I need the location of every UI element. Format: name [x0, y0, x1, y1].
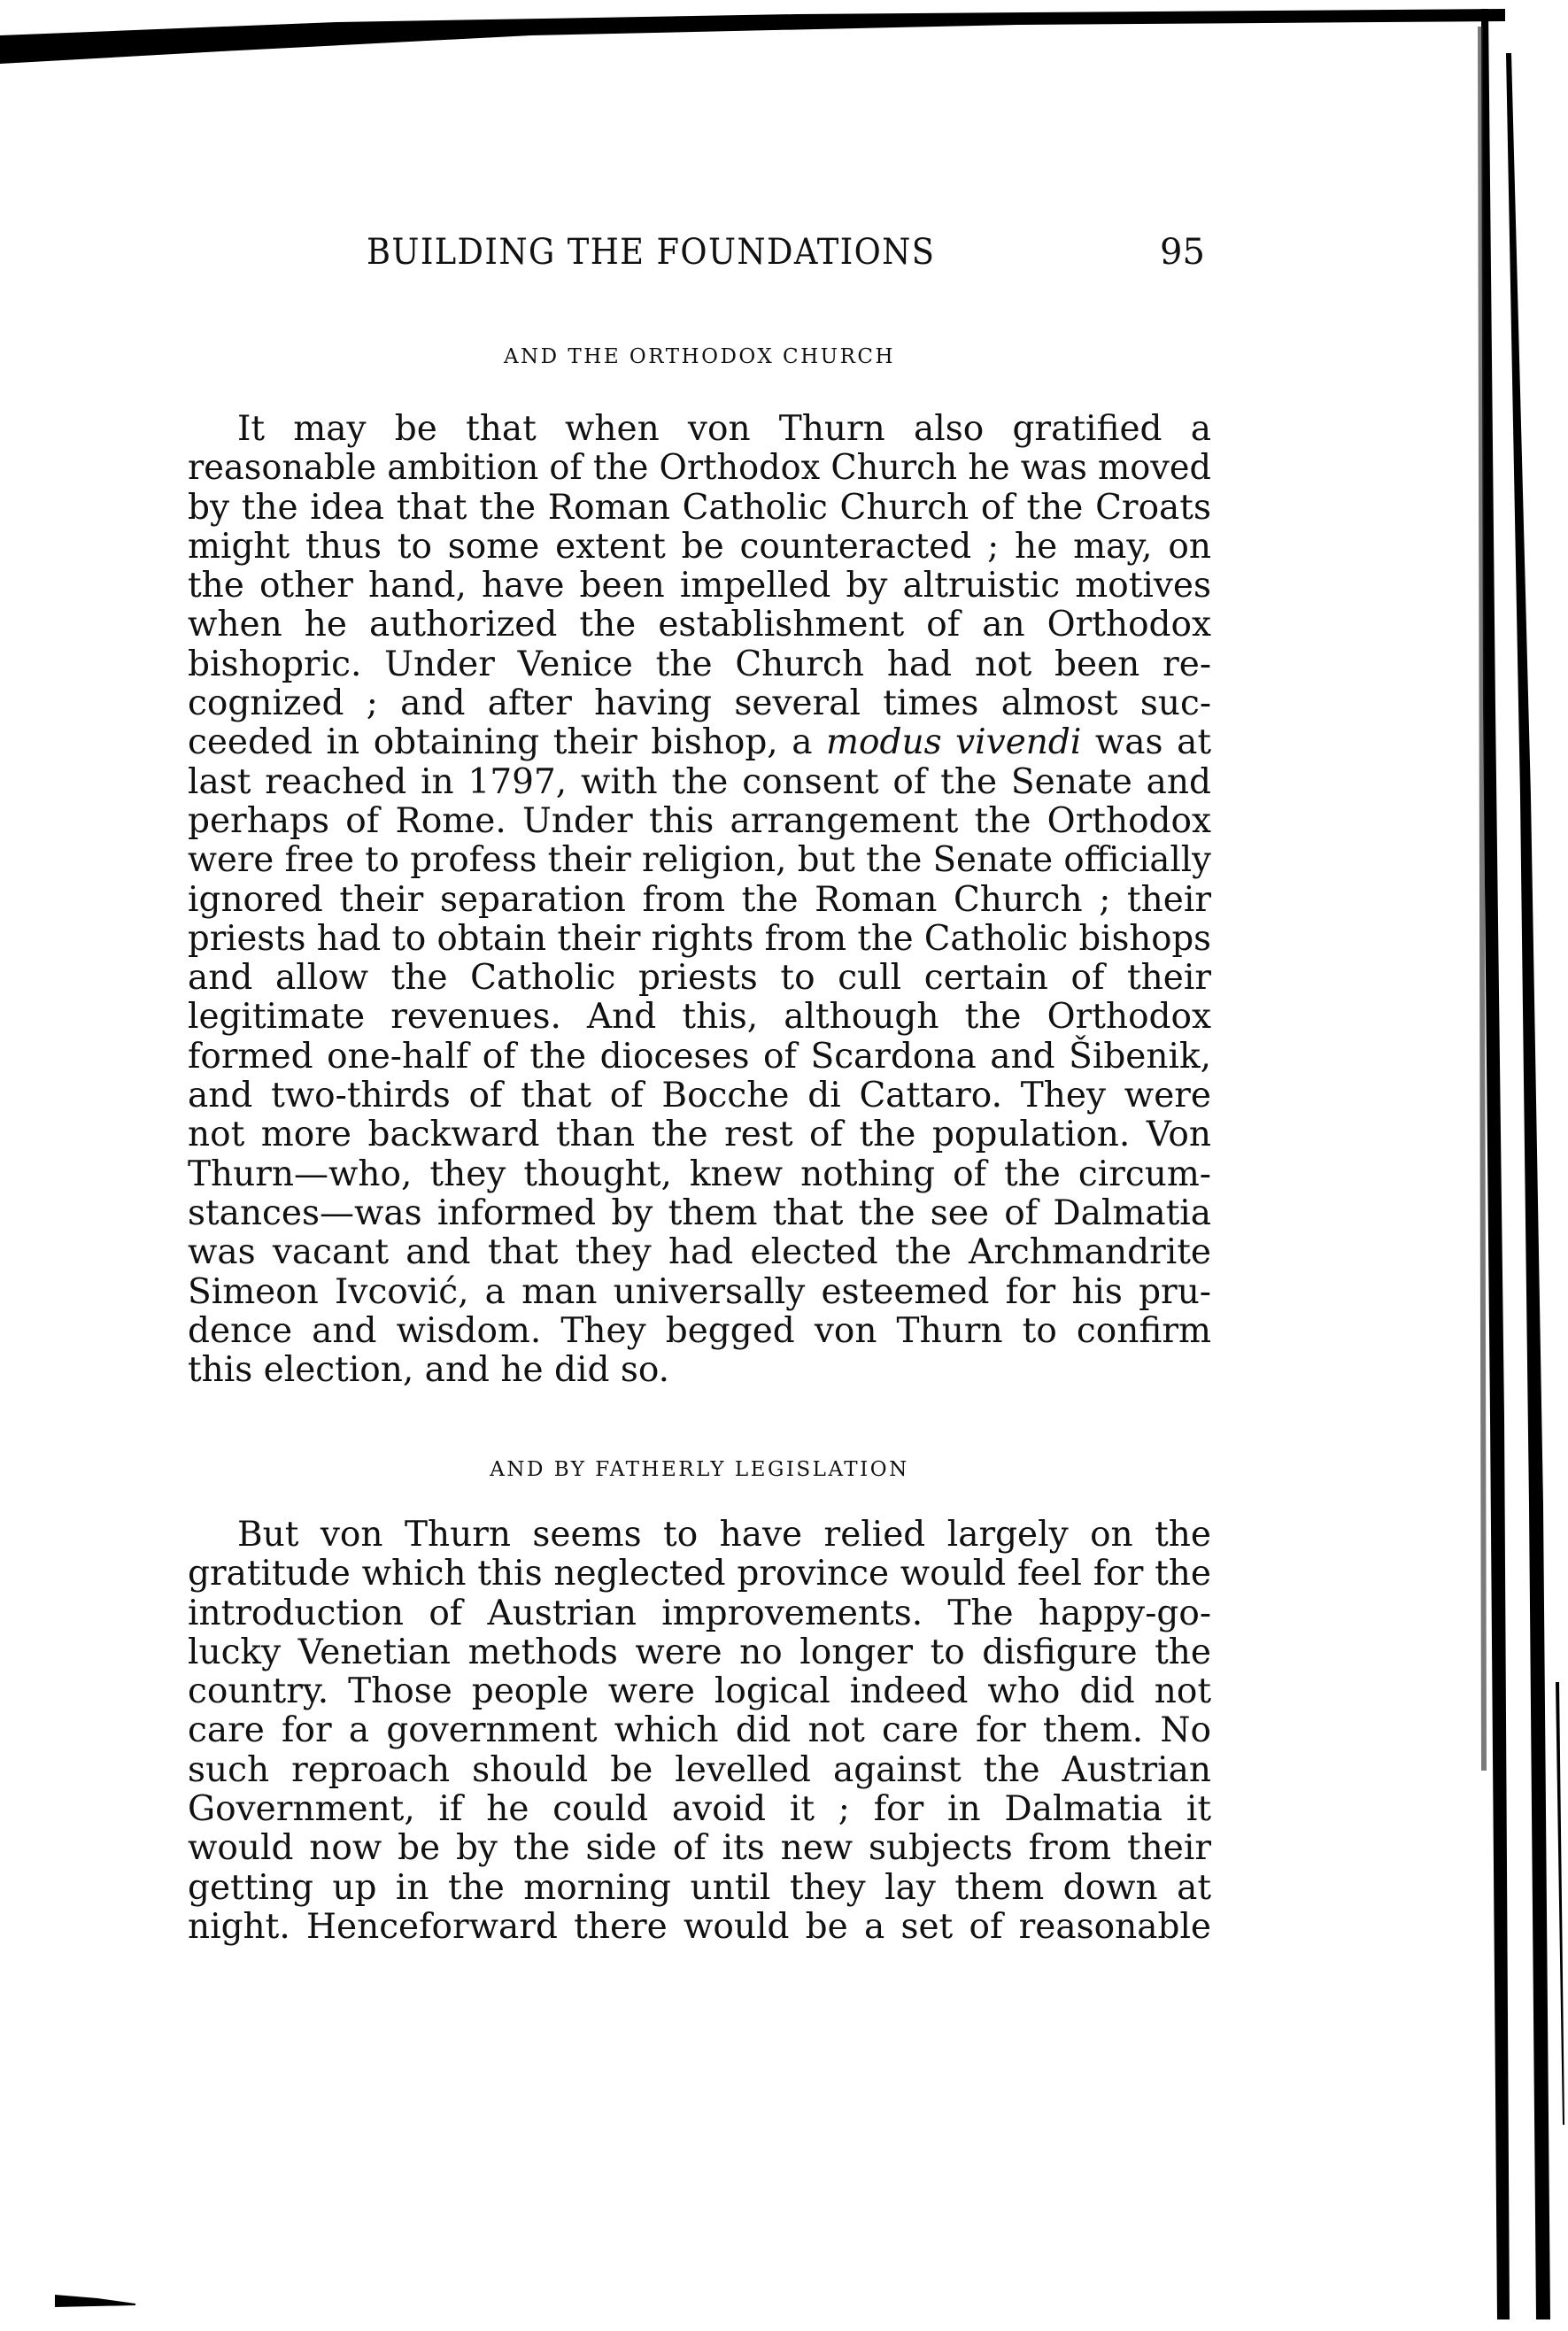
text-line: might thus to some extent be counteracte… [188, 528, 1211, 567]
text-line: lucky Venetian methods were no longer to… [188, 1633, 1211, 1672]
scan-edge-right [1471, 0, 1568, 2331]
text-line: this election, and he did so. [188, 1351, 1211, 1390]
text-line: perhaps of Rome. Under this arrangement … [188, 802, 1211, 841]
text-line: not more backward than the rest of the p… [188, 1115, 1211, 1154]
text-line: But von Thurn seems to have relied large… [188, 1516, 1211, 1555]
text-line: was vacant and that they had elected the… [188, 1233, 1211, 1272]
text-line: and allow the Catholic priests to cull c… [188, 959, 1211, 998]
section-heading-orthodox-church: AND THE ORTHODOX CHURCH [188, 345, 1211, 368]
text-line: Simeon Ivcović, a man universally esteem… [188, 1273, 1211, 1312]
text-line: Government, if he could avoid it ; for i… [188, 1790, 1211, 1829]
running-head: BUILDING THE FOUNDATIONS 95 [367, 232, 1208, 276]
text-line: reasonable ambition of the Orthodox Chur… [188, 449, 1211, 488]
text-line: the other hand, have been impelled by al… [188, 567, 1211, 606]
italic-phrase: modus vivendi [826, 722, 1081, 762]
text-line: by the idea that the Roman Catholic Chur… [188, 489, 1211, 528]
section-heading-fatherly-legislation: AND BY FATHERLY LEGISLATION [188, 1458, 1211, 1481]
text-line: and two-thirds of that of Bocche di Catt… [188, 1077, 1211, 1115]
text-line: stances—was informed by them that the se… [188, 1194, 1211, 1233]
scan-edge-top [0, 0, 1568, 80]
text-line: were free to profess their religion, but… [188, 841, 1211, 880]
text-line-with-italic: ceeded in obtaining their bishop, a modu… [188, 723, 1211, 762]
text-line: It may be that when von Thurn also grati… [188, 410, 1211, 449]
running-title: BUILDING THE FOUNDATIONS [367, 232, 935, 273]
text-line: introduction of Austrian improvements. T… [188, 1594, 1211, 1633]
text-line: would now be by the side of its new subj… [188, 1829, 1211, 1868]
text-line: formed one-half of the dioceses of Scard… [188, 1038, 1211, 1077]
text-line: Thurn—who, they thought, knew nothing of… [188, 1155, 1211, 1194]
text-line: getting up in the morning until they lay… [188, 1869, 1211, 1908]
text-line: night. Henceforward there would be a set… [188, 1908, 1211, 1947]
page-number: 95 [1160, 232, 1205, 273]
text-line: priests had to obtain their rights from … [188, 920, 1211, 959]
scan-mark-bottom-left [0, 2284, 177, 2319]
text-line: last reached in 1797, with the consent o… [188, 763, 1211, 802]
text-line: care for a government which did not care… [188, 1711, 1211, 1750]
text-line: country. Those people were logical indee… [188, 1672, 1211, 1711]
text-line: such reproach should be levelled against… [188, 1751, 1211, 1790]
text-line: ignored their separation from the Roman … [188, 881, 1211, 920]
text-line: cognized ; and after having several time… [188, 684, 1211, 723]
text-line: bishopric. Under Venice the Church had n… [188, 645, 1211, 684]
text-line: when he authorized the establishment of … [188, 606, 1211, 644]
paragraph-orthodox-church: It may be that when von Thurn also grati… [188, 410, 1211, 1390]
paragraph-fatherly-legislation: But von Thurn seems to have relied large… [188, 1516, 1211, 1947]
text-line: legitimate revenues. And this, although … [188, 998, 1211, 1037]
text-line: gratitude which this neglected province … [188, 1555, 1211, 1594]
text-line: dence and wisdom. They begged von Thurn … [188, 1312, 1211, 1351]
